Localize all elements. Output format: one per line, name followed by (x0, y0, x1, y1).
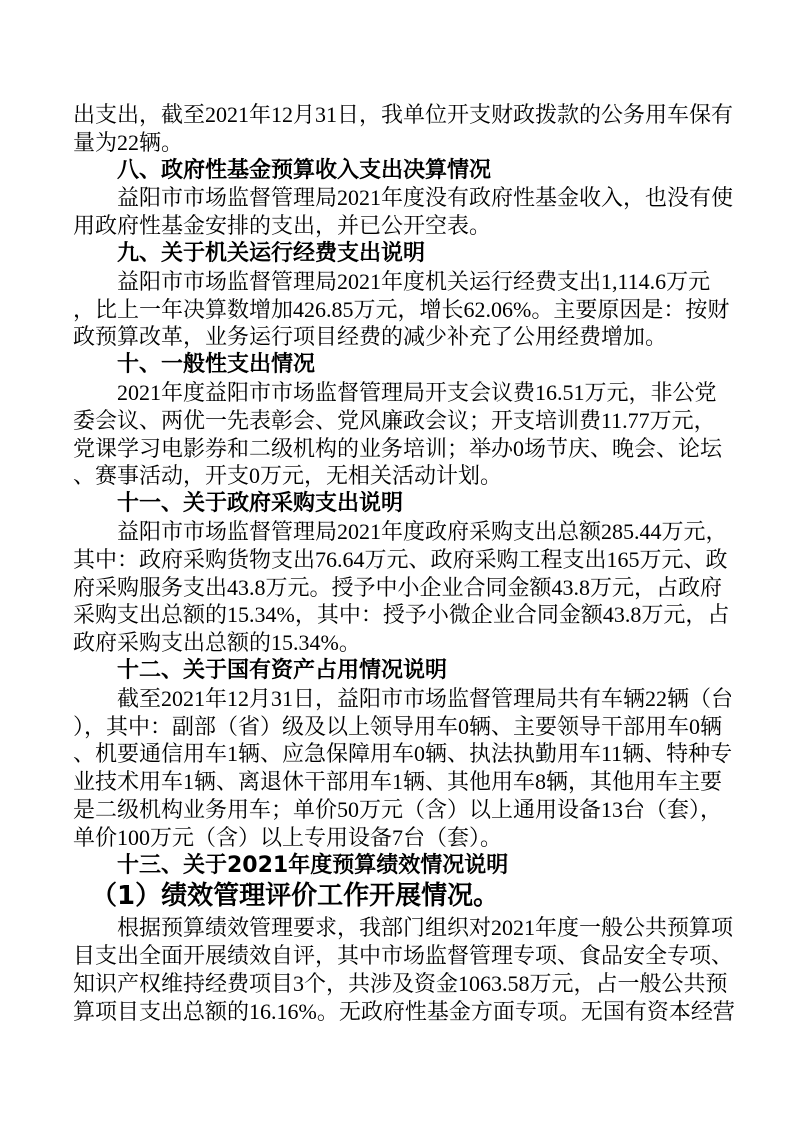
text-line: 益阳市市场监督管理局2021年度机关运行经费支出1,114.6万元 (73, 268, 723, 296)
text-line: 政府采购支出总额的15.34%。 (73, 629, 723, 657)
text-line: 府采购服务支出43.8万元。授予中小企业合同金额43.8万元，占政府 (73, 574, 723, 602)
text-line: 用政府性基金安排的支出，并已公开空表。 (73, 212, 723, 240)
section-heading: 九、关于机关运行经费支出说明 (73, 240, 723, 268)
text-line: 知识产权维持经费项目3个，共涉及资金1063.58万元，占一般公共预 (73, 970, 723, 998)
text-line: 根据预算绩效管理要求，我部门组织对2021年度一般公共预算项 (73, 914, 723, 942)
section-heading: 十二、关于国有资产占用情况说明 (73, 657, 723, 685)
text-line: 益阳市市场监督管理局2021年度政府采购支出总额285.44万元， (73, 518, 723, 546)
sub-heading: （1）绩效管理评价工作开展情况。 (73, 879, 723, 914)
section-heading: 十、一般性支出情况 (73, 351, 723, 379)
text-line: 、机要通信用车1辆、应急保障用车0辆、执法执勤用车11辆、特种专 (73, 740, 723, 768)
text-line: 党课学习电影券和二级机构的业务培训；举办0场节庆、晚会、论坛 (73, 435, 723, 463)
text-line: 、赛事活动，开支0万元，无相关活动计划。 (73, 462, 723, 490)
text-line: 单价100万元（含）以上专用设备7台（套）。 (73, 824, 723, 852)
text-line: 2021年度益阳市市场监督管理局开支会议费16.51万元，非公党 (73, 379, 723, 407)
text-line: 出支出，截至2021年12月31日，我单位开支财政拨款的公务用车保有 (73, 101, 723, 129)
text-line: 其中：政府采购货物支出76.64万元、政府采购工程支出165万元、政 (73, 546, 723, 574)
text-line: 目支出全面开展绩效自评，其中市场监督管理专项、食品安全专项、 (73, 942, 723, 970)
section-heading: 八、政府性基金预算收入支出决算情况 (73, 157, 723, 185)
text-line: 益阳市市场监督管理局2021年度没有政府性基金收入，也没有使 (73, 184, 723, 212)
text-line: ），其中：副部（省）级及以上领导用车0辆、主要领导干部用车0辆 (73, 713, 723, 741)
text-line: 截至2021年12月31日，益阳市市场监督管理局共有车辆22辆（台 (73, 685, 723, 713)
section-heading: 十一、关于政府采购支出说明 (73, 490, 723, 518)
document-body: 出支出，截至2021年12月31日，我单位开支财政拨款的公务用车保有量为22辆。… (73, 101, 723, 1026)
text-line: ，比上一年决算数增加426.85万元，增长62.06%。主要原因是：按财 (73, 296, 723, 324)
section-heading: 十三、关于2021年度预算绩效情况说明 (73, 852, 723, 880)
text-line: 是二级机构业务用车；单价50万元（含）以上通用设备13台（套）， (73, 796, 723, 824)
text-line: 采购支出总额的15.34%，其中：授予小微企业合同金额43.8万元，占 (73, 601, 723, 629)
text-line: 委会议、两优一先表彰会、党风廉政会议；开支培训费11.77万元， (73, 407, 723, 435)
text-line: 量为22辆。 (73, 129, 723, 157)
text-line: 业技术用车1辆、离退休干部用车1辆、其他用车8辆，其他用车主要 (73, 768, 723, 796)
text-line: 算项目支出总额的16.16%。无政府性基金方面专项。无国有资本经营 (73, 998, 723, 1026)
document-page: 出支出，截至2021年12月31日，我单位开支财政拨款的公务用车保有量为22辆。… (0, 0, 793, 1122)
text-line: 政预算改革，业务运行项目经费的减少补充了公用经费增加。 (73, 323, 723, 351)
